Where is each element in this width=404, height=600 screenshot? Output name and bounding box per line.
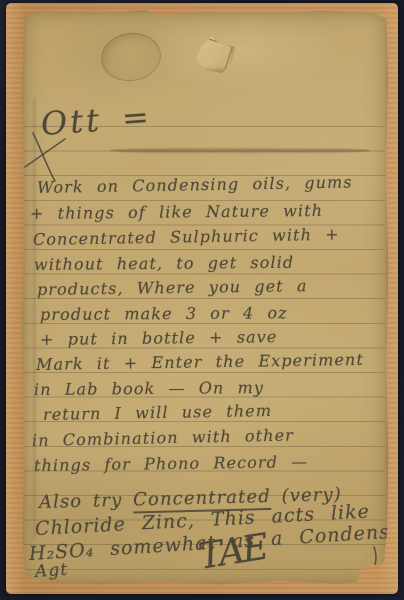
postscript-line: Agt bbox=[34, 560, 69, 582]
note-line: products, Where you get a bbox=[37, 276, 308, 299]
note-line: product make 3 or 4 oz bbox=[40, 303, 288, 324]
note-line: + things of like Nature with bbox=[30, 201, 323, 223]
note-line: + put in bottle + save bbox=[40, 327, 278, 349]
note-line: things for Phono Record — bbox=[34, 452, 309, 475]
note-line: Concentrated Sulphuric with + bbox=[33, 225, 340, 249]
note-line: return I will use them bbox=[43, 401, 272, 424]
note-line: without heat, to get solid bbox=[34, 253, 294, 274]
water-stain bbox=[98, 29, 164, 85]
document-photo: Ott = Work on Condensing oils, gums + th… bbox=[0, 0, 404, 600]
note-paper: Ott = Work on Condensing oils, gums + th… bbox=[21, 9, 389, 586]
paper-tear bbox=[193, 37, 235, 73]
note-line: Mark it + Enter the Experiment bbox=[36, 350, 364, 374]
note-line: Work on Condensing oils, gums bbox=[37, 172, 353, 197]
pencil-smear-crease bbox=[109, 147, 371, 154]
note-line: in Lab book — On my bbox=[34, 378, 264, 399]
postscript-text: Also try bbox=[39, 490, 134, 513]
note-line: in Combination with other bbox=[32, 426, 294, 450]
header-salutation: Ott = bbox=[40, 97, 153, 143]
